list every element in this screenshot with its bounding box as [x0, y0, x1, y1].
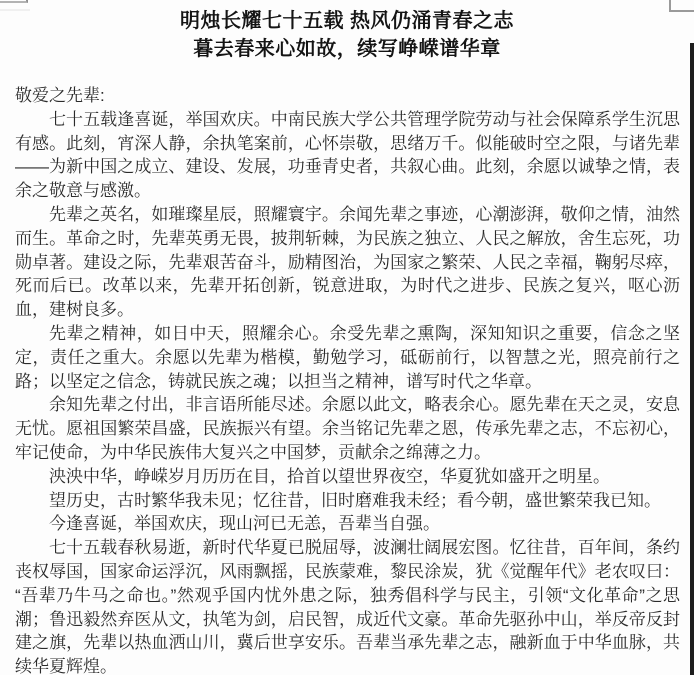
letter-title-line1: 明烛长耀七十五载 热风仍涌青春之志 [0, 7, 694, 35]
letter-greeting: 敬爱之先辈: [15, 84, 680, 108]
letter-paragraph: 先辈之精神，如日中天，照耀余心。余受先辈之熏陶，深知知识之重要，信念之坚定，责任… [15, 322, 680, 393]
letter-paragraph: 望历史，古时繁华我未见；忆往昔，旧时磨难我未经；看今朝，盛世繁荣我已知。 [15, 489, 680, 513]
letter-paragraph: 泱泱中华，峥嵘岁月历历在目，拾首以望世界夜空，华夏犹如盛开之明星。 [15, 465, 680, 489]
cropped-box-corner-top-left-icon [0, 0, 28, 3]
letter-page: 明烛长耀七十五载 热风仍涌青春之志 暮去春来心如故，续写峥嵘谱华章 敬爱之先辈:… [0, 0, 694, 675]
cropped-box-corner-shadow [0, 9, 30, 11]
right-edge-strip [690, 43, 694, 675]
letter-paragraph: 先辈之英名，如璀璨星辰，照耀寰宇。余闻先辈之事迹，心潮澎湃，敬仰之情，油然而生。… [15, 203, 680, 322]
letter-paragraph: 七十五载春秋易逝，新时代华夏已脱屈辱，波澜壮阔展宏图。忆往昔，百年间，条约丧权辱… [15, 536, 680, 675]
letter-title-line2: 暮去春来心如故，续写峥嵘谱华章 [0, 35, 694, 63]
letter-paragraph: 余知先辈之付出，非言语所能尽述。余愿以此文，略表余心。愿先辈在天之灵，安息无忧。… [15, 393, 680, 464]
letter-paragraph: 七十五载逢喜诞，举国欢庆。中南民族大学公共管理学院劳动与社会保障系学生沉思有感。… [15, 108, 680, 203]
letter-title: 明烛长耀七十五载 热风仍涌青春之志 暮去春来心如故，续写峥嵘谱华章 [0, 0, 694, 63]
letter-body: 敬爱之先辈: 七十五载逢喜诞，举国欢庆。中南民族大学公共管理学院劳动与社会保障系… [0, 84, 694, 675]
cropped-box-corner-top-right-icon [669, 0, 694, 12]
letter-paragraph: 今逢喜诞，举国欢庆，现山河已无恙，吾辈当自强。 [15, 512, 680, 536]
